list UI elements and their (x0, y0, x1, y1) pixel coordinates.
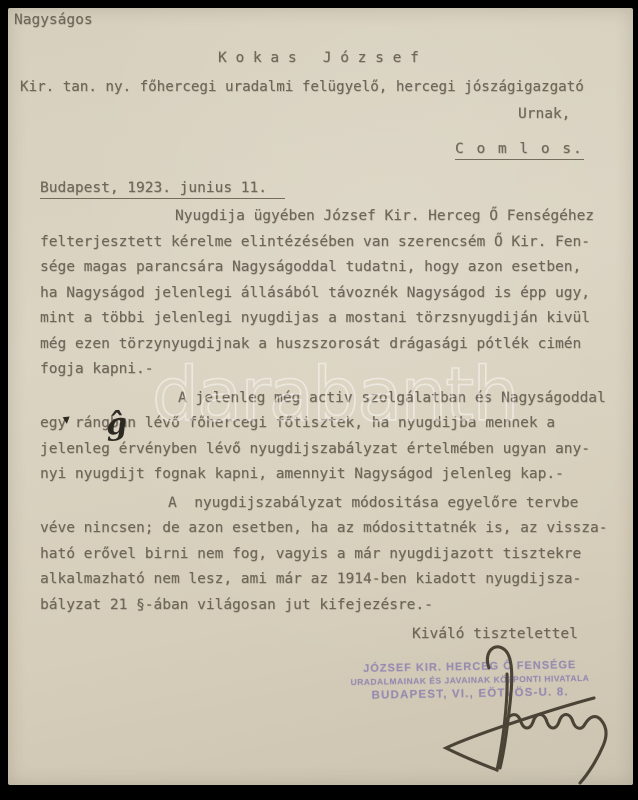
recipient-honorific: Urnak, (518, 106, 570, 122)
body-line: felterjesztett kérelme elintézésében van… (40, 230, 620, 256)
handwritten-correction: ĝ (105, 406, 128, 442)
body-line: ható erővel birni nem fog, vagyis a már … (40, 542, 620, 568)
office-ink-stamp: JÓZSEF KIR. HERCEG Ő FENSÉGE URADALMAINA… (330, 658, 611, 705)
photo-frame: Nagyságos K o k a s J ó z s e f Kir. tan… (0, 0, 638, 800)
body-line: nyi nyugdijt fognak kapni, amennyit Nagy… (40, 462, 620, 488)
body-line: bályzat 21 §-ában világosan jut kifejezé… (40, 593, 620, 619)
body-line: sége magas parancsára Nagyságoddal tudat… (40, 255, 620, 281)
recipient-place: C o m l o s. (455, 141, 584, 160)
closing-salutation: Kiváló tisztelettel (412, 626, 578, 642)
body-line: mint a többi jelenlegi nyugdijas a mosta… (40, 306, 620, 332)
body-line: fogja kapni.- (40, 357, 620, 383)
body-line: alkalmazható nem lesz, ami már az 1914-b… (40, 567, 620, 593)
letter-body: Nyugdija ügyében József Kir. Herceg Ő Fe… (40, 204, 620, 618)
body-line: A nyugdijszabályzat módositása egyelőre … (40, 491, 620, 517)
body-line: ha Nagyságod jelenlegi állásából távozné… (40, 281, 620, 307)
body-line: véve nincsen; de azon esetben, ha az mód… (40, 516, 620, 542)
body-line: A jelenleg még activ szolgálatban és Nag… (40, 386, 620, 412)
recipient-name: K o k a s J ó z s e f (218, 50, 419, 66)
body-line: még ezen törzynyugdijnak a huszszorosát … (40, 332, 620, 358)
dateline: Budapest, 1923. junius 11. (40, 180, 285, 199)
body-line: Nyugdija ügyében József Kir. Herceg Ő Fe… (40, 204, 620, 230)
salutation: Nagyságos (14, 12, 93, 28)
recipient-title: Kir. tan. ny. főhercegi uradalmi felügye… (20, 79, 584, 95)
